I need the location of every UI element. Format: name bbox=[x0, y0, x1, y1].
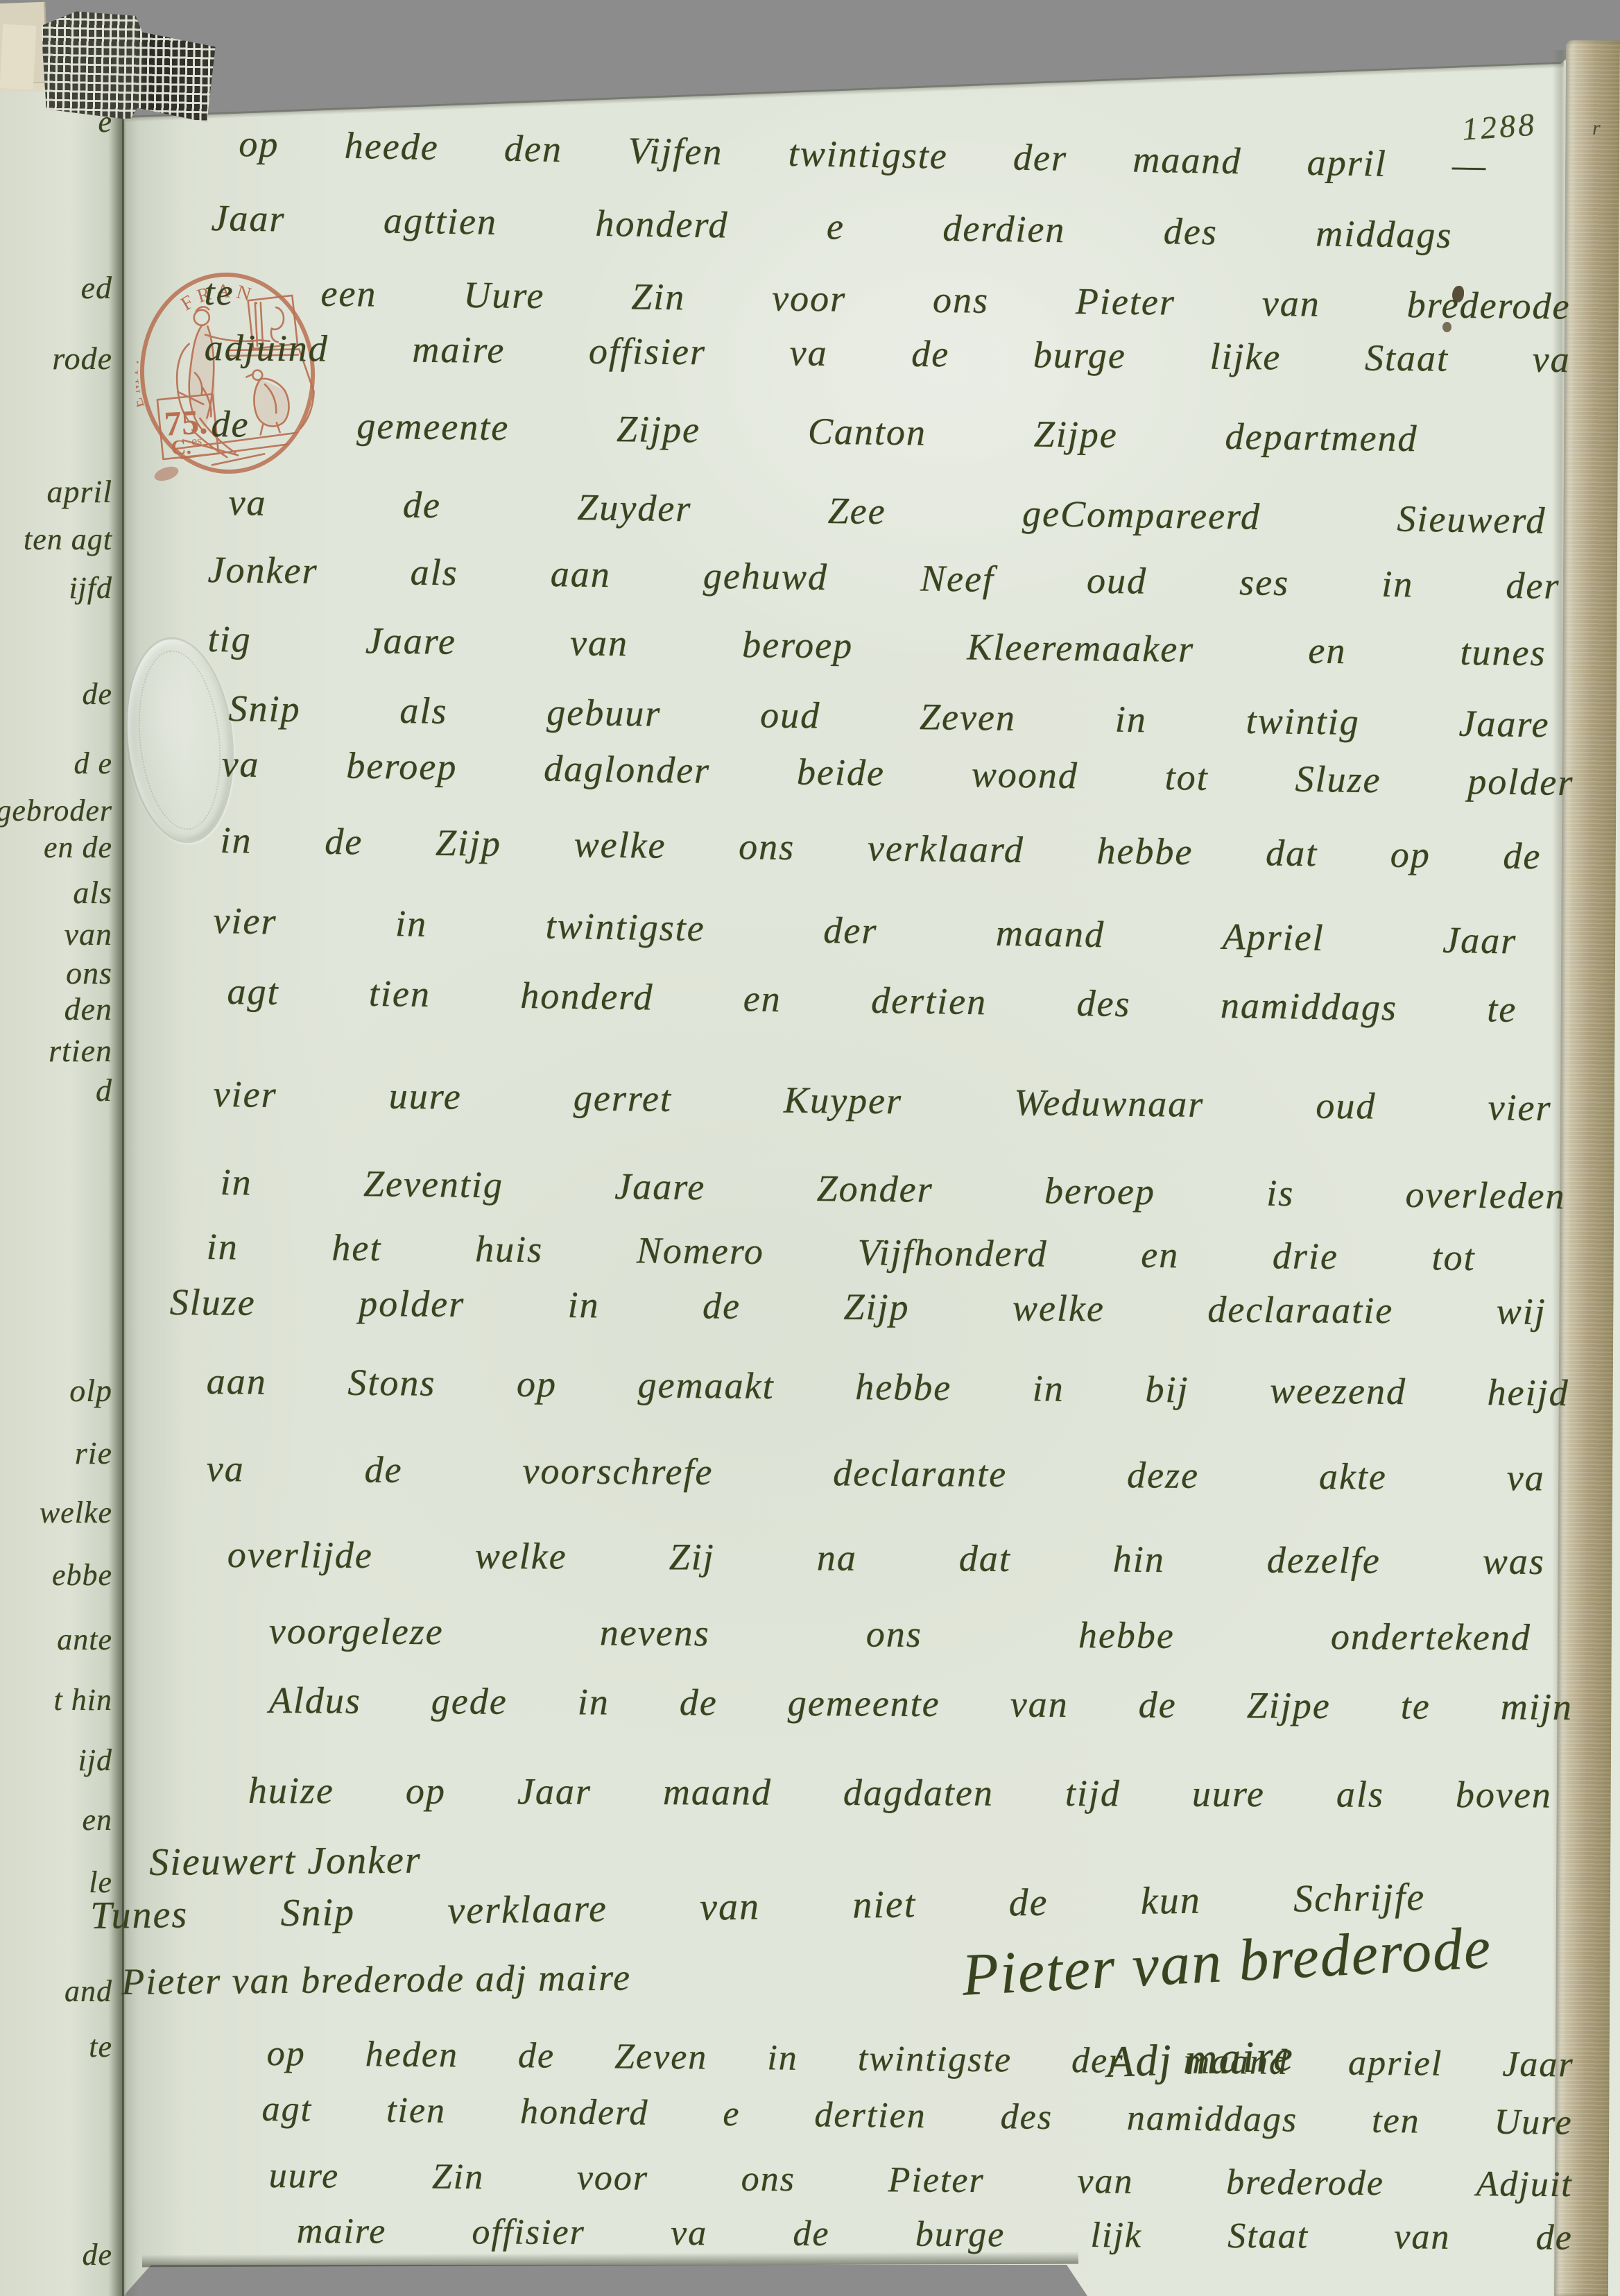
manuscript-line: voorgeleze nevens ons hebbe ondertekend bbox=[269, 1611, 1531, 1659]
manuscript-line: maire offisier va de burge lijk Staat va… bbox=[297, 2211, 1573, 2258]
manuscript-line: huize op Jaar maand dagdaten tijd uure a… bbox=[248, 1770, 1552, 1816]
manuscript-text-layer: op heede den Vijfen twintigste der maand… bbox=[0, 0, 1620, 2296]
manuscript-line: in de Zijp welke ons verklaard hebbe dat… bbox=[220, 820, 1542, 877]
manuscript-line: overlijde welke Zij na dat hin dezelfe w… bbox=[227, 1534, 1545, 1582]
signature-sieuwert-jonker: Sieuwert Jonker bbox=[149, 1840, 422, 1885]
manuscript-line: vier in twintigste der maand Apriel Jaar bbox=[213, 900, 1517, 962]
manuscript-line: agt tien honderd en dertien des namiddag… bbox=[227, 971, 1517, 1030]
manuscript-line: te een Uure Zin voor ons Pieter van bred… bbox=[204, 272, 1571, 327]
manuscript-line: agt tien honderd e dertien des namiddags… bbox=[261, 2089, 1572, 2143]
manuscript-line: op heede den Vijfen twintigste der maand… bbox=[239, 123, 1488, 187]
manuscript-line: Jaar agttien honderd e derdien des midda… bbox=[211, 198, 1453, 256]
manuscript-line: va de Zuyder Zee geCompareerd Sieuwerd bbox=[228, 482, 1546, 542]
signature-brederode-large: Pieter van brederode bbox=[960, 1914, 1493, 2007]
manuscript-line: Snip als gebuur oud Zeven in twintig Jaa… bbox=[228, 688, 1550, 746]
manuscript-line: vier uure gerret Kuyper Weduwnaar oud vi… bbox=[213, 1074, 1552, 1129]
manuscript-line: in het huis Nomero Vijfhonderd en drie t… bbox=[206, 1226, 1475, 1278]
manuscript-line: va de voorschrefe declarante deze akte v… bbox=[207, 1448, 1545, 1499]
manuscript-line: uure Zin voor ons Pieter van brederode A… bbox=[269, 2156, 1573, 2204]
manuscript-line: Aldus gede in de gemeente van de Zijpe t… bbox=[269, 1680, 1573, 1728]
manuscript-line: de gemeente Zijpe Canton Zijpe departmen… bbox=[211, 404, 1418, 460]
manuscript-line: aan Stons op gemaakt hebbe in bij weezen… bbox=[206, 1361, 1569, 1414]
signature-brederode-small: Pieter van brederode adj maire bbox=[121, 1957, 631, 2003]
manuscript-line: in Zeventig Jaare Zonder beroep is overl… bbox=[220, 1162, 1566, 1217]
manuscript-line: Jonker als aan gehuwd Neef oud ses in de… bbox=[207, 549, 1560, 607]
manuscript-line: Sluze polder in de Zijp welke declaraati… bbox=[170, 1282, 1546, 1333]
manuscript-line: tig Jaare van beroep Kleeremaaker en tun… bbox=[207, 619, 1546, 674]
manuscript-line: op heden de Zeven in twintigste der maan… bbox=[267, 2034, 1574, 2085]
manuscript-line: adjuind maire offisier va de burge lijke… bbox=[204, 327, 1570, 381]
manuscript-line: va beroep daglonder beide woond tot Sluz… bbox=[221, 744, 1574, 804]
scanned-register-page: eedrodeaprilten agtijfdded egebroderen d… bbox=[0, 0, 1620, 2296]
